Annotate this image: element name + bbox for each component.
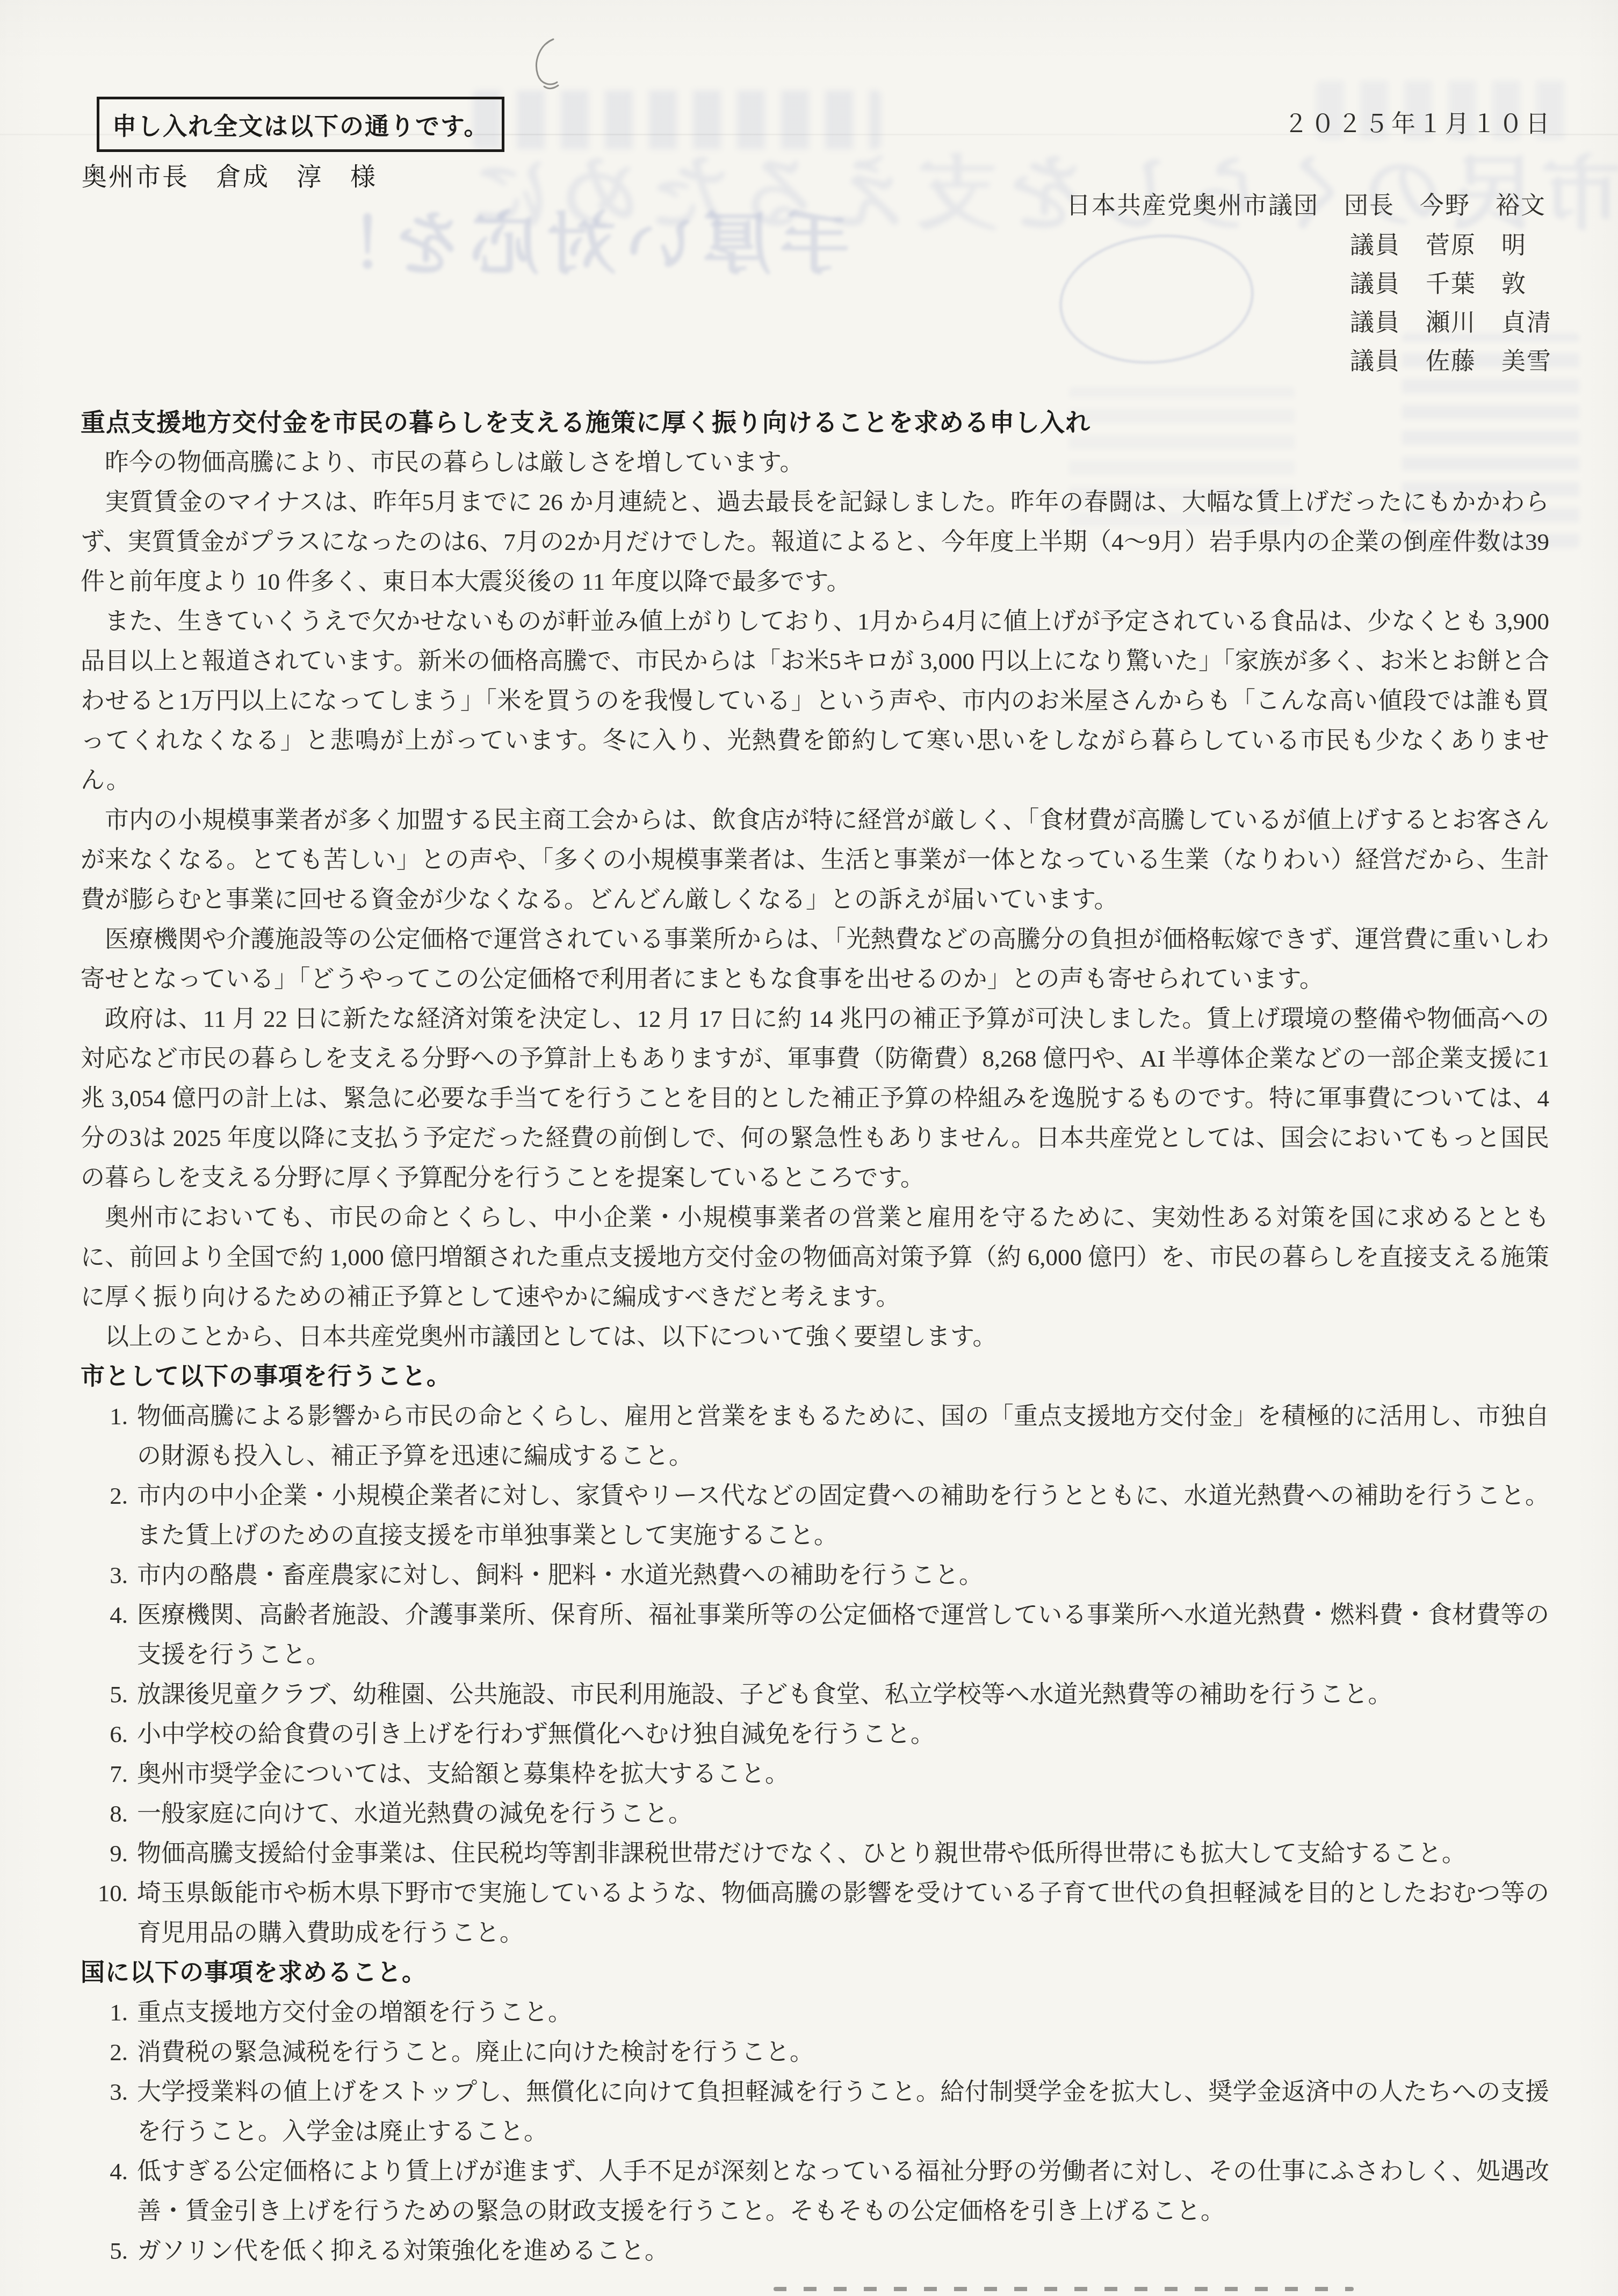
national-requests-list: 重点支援地方交付金の増額を行うこと。 消費税の緊急減税を行うこと。廃止に向けた検…: [81, 1993, 1549, 2271]
bleedthrough-headline-text: 手厚い対応を！: [279, 189, 849, 288]
scan-edge-artifact: [774, 2287, 1354, 2291]
paragraph-2: 実質賃金のマイナスは、昨年5月までに 26 か月連続と、過去最長を記録しました。…: [81, 482, 1549, 602]
sender-member-line: 議員 瀬川 貞清: [1350, 303, 1552, 338]
city-request-item: 小中学校の給食費の引き上げを行わず無償化へむけ独自減免を行うこと。: [81, 1714, 1549, 1754]
sender-member-line: 議員 佐藤 美雪: [1350, 342, 1552, 376]
paragraph-1: 昨今の物価高騰により、市民の暮らしは厳しさを増しています。: [81, 443, 1549, 482]
paragraph-4: 市内の小規模事業者が多く加盟する民主商工会からは、飲食店が特に経営が厳しく、「食…: [81, 800, 1549, 919]
national-requests-heading: 国に以下の事項を求めること。: [81, 1953, 1549, 1993]
paragraph-5: 医療機関や介護施設等の公定価格で運営されている事業所からは、「光熱費などの高騰分…: [81, 919, 1549, 999]
city-request-item: 市内の酪農・畜産農家に対し、飼料・肥料・水道光熱費への補助を行うこと。: [81, 1555, 1549, 1595]
paragraph-8: 以上のことから、日本共産党奥州市議団としては、以下について強く要望します。: [81, 1317, 1549, 1357]
national-request-item: 重点支援地方交付金の増額を行うこと。: [81, 1993, 1549, 2032]
note-box-text: 申し入れ全文は以下の通りです。: [112, 113, 489, 140]
paragraph-7: 奥州市においても、市民の命とくらし、中小企業・小規模事業者の営業と雇用を守るため…: [81, 1198, 1549, 1317]
paragraph-6: 政府は、11 月 22 日に新たな経済対策を決定し、12 月 17 日に約 14…: [81, 999, 1549, 1198]
sender-member-line: 議員 菅原 明: [1350, 226, 1527, 260]
document-title: 重点支援地方交付金を市民の暮らしを支える施策に厚く振り向けることを求める申し入れ: [81, 402, 1549, 443]
sender-member-line: 議員 千葉 敦: [1350, 264, 1527, 299]
bleedthrough-blur-band: [473, 90, 881, 149]
pen-scribble-artifact: [524, 35, 572, 94]
note-box: 申し入れ全文は以下の通りです。: [97, 97, 504, 152]
national-request-item: 大学授業料の値上げをストップし、無償化に向けて負担軽減を行うこと。給付制奨学金を…: [81, 2072, 1549, 2152]
document-body: 重点支援地方交付金を市民の暮らしを支える施策に厚く振り向けることを求める申し入れ…: [81, 402, 1549, 2271]
paragraph-3: また、生きていくうえで欠かせないものが軒並み値上がりしており、1月から4月に値上…: [81, 602, 1549, 800]
bleedthrough-oval-outline: [1053, 226, 1260, 373]
national-request-item: ガソリン代を低く抑える対策強化を進めること。: [81, 2231, 1549, 2271]
national-request-item: 消費税の緊急減税を行うこと。廃止に向けた検討を行うこと。: [81, 2032, 1549, 2072]
city-request-item: 市内の中小企業・小規模企業者に対し、家賃やリース代などの固定費への補助を行うとと…: [81, 1476, 1549, 1555]
city-request-item: 医療機関、高齢者施設、介護事業所、保育所、福祉事業所等の公定価格で運営している事…: [81, 1595, 1549, 1675]
city-requests-list: 物価高騰による影響から市民の命とくらし、雇用と営業をまもるために、国の「重点支援…: [81, 1396, 1549, 1953]
sender-organization-line: 日本共産党奥州市議団 団長 今野 裕文: [1066, 186, 1546, 221]
city-request-item: 物価高騰支援給付金事業は、住民税均等割非課税世帯だけでなく、ひとり親世帯や低所得…: [81, 1834, 1549, 1873]
national-request-item: 低すぎる公定価格により賃上げが進まず、人手不足が深刻となっている福祉分野の労働者…: [81, 2152, 1549, 2231]
city-request-item: 一般家庭に向けて、水道光熱費の減免を行うこと。: [81, 1794, 1549, 1834]
scanned-letter-page: 市民のくらしを支えるために 手厚い対応を！ 申し入れ全文は以下の通りです。 奥州…: [0, 0, 1618, 2296]
date-line: ２０２５年１月１０日: [1284, 104, 1552, 139]
city-request-item: 埼玉県飯能市や栃木県下野市で実施しているような、物価高騰の影響を受けている子育て…: [81, 1873, 1549, 1953]
city-request-item: 奥州市奨学金については、支給額と募集枠を拡大すること。: [81, 1754, 1549, 1794]
city-request-item: 放課後児童クラブ、幼稚園、公共施設、市民利用施設、子ども食堂、私立学校等へ水道光…: [81, 1675, 1549, 1714]
recipient-line: 奥州市長 倉成 淳 様: [82, 157, 377, 193]
city-requests-heading: 市として以下の事項を行うこと。: [81, 1357, 1549, 1396]
city-request-item: 物価高騰による影響から市民の命とくらし、雇用と営業をまもるために、国の「重点支援…: [81, 1396, 1549, 1476]
